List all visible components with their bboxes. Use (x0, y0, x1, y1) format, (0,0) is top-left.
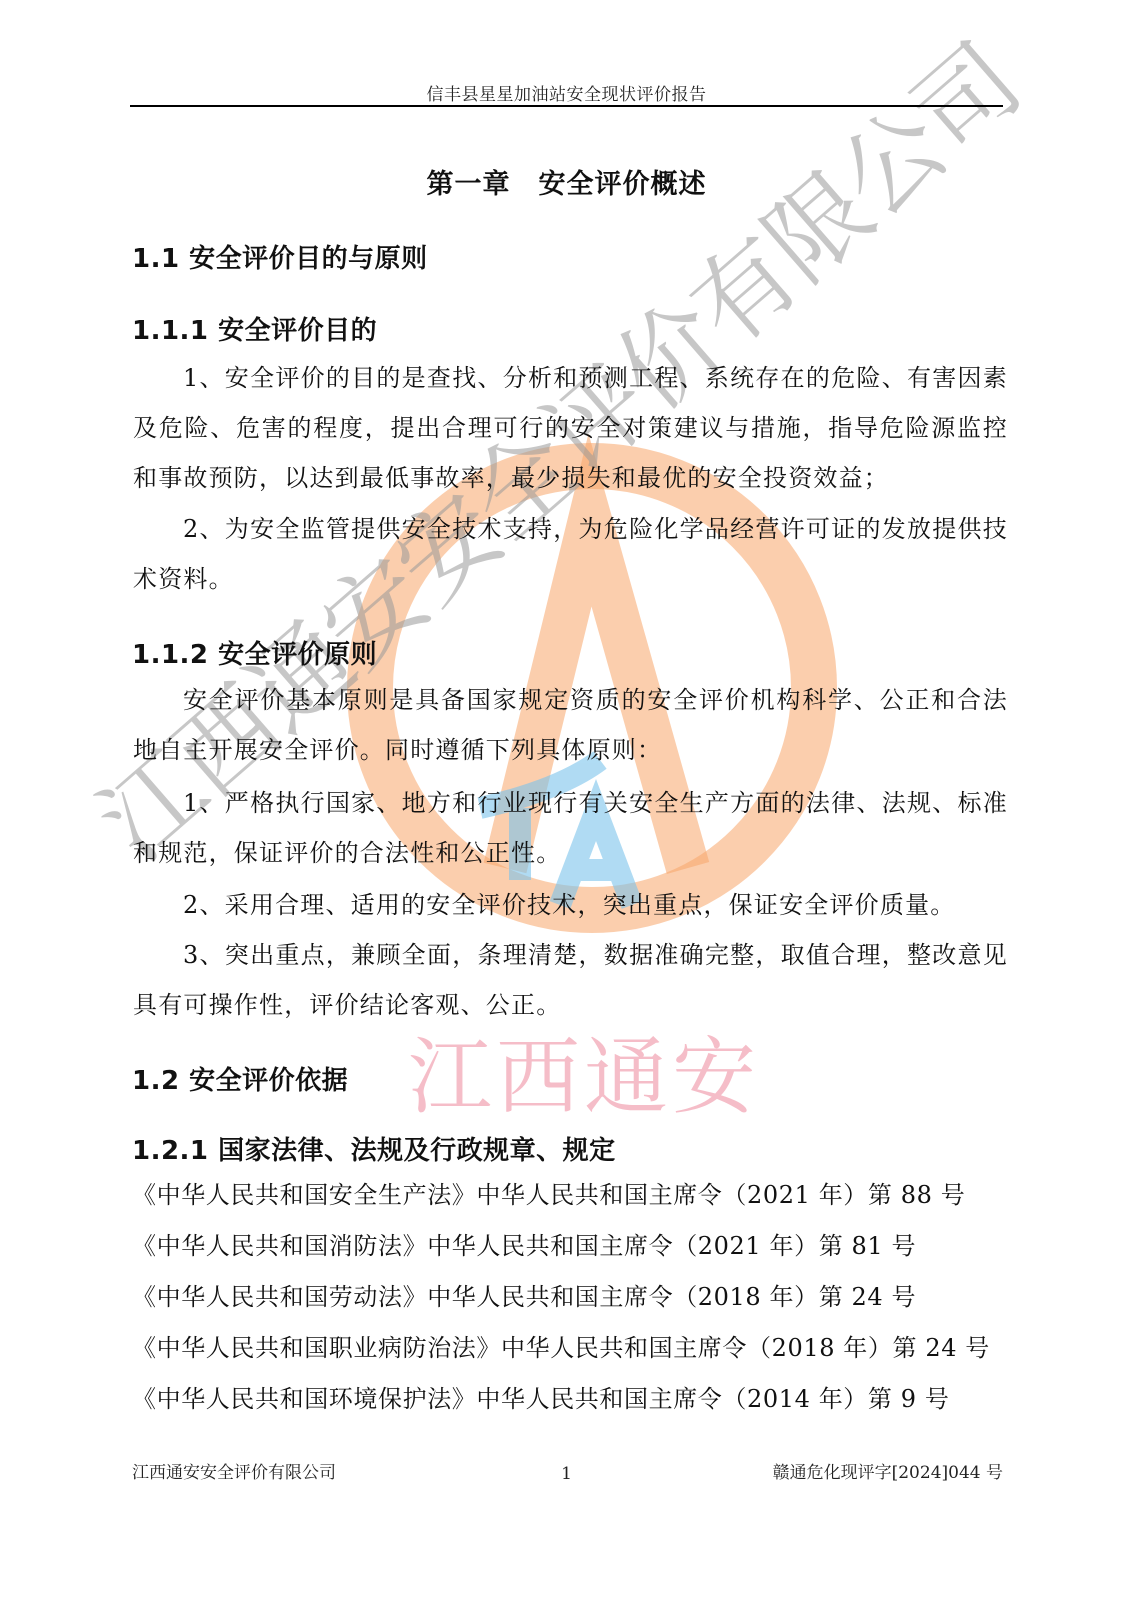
section-heading-1-1: 1.1 安全评价目的与原则 (132, 238, 428, 275)
section-heading-1-2-1: 1.2.1 国家法律、法规及行政规章、规定 (132, 1130, 616, 1167)
principle-intro-paragraph: 安全评价基本原则是具备国家规定资质的安全评价机构科学、公正和合法地自主开展安全评… (133, 675, 1008, 775)
legal-reference-item: 《中华人民共和国消防法》中华人民共和国主席令（2021 年）第 81 号 (132, 1221, 1012, 1272)
legal-reference-list: 《中华人民共和国安全生产法》中华人民共和国主席令（2021 年）第 88 号 《… (132, 1170, 1012, 1425)
page-content: 信丰县星星加油站安全现状评价报告 第一章 安全评价概述 1.1 安全评价目的与原… (0, 0, 1131, 1600)
legal-reference-item: 《中华人民共和国安全生产法》中华人民共和国主席令（2021 年）第 88 号 (132, 1170, 1012, 1221)
chapter-title: 第一章 安全评价概述 (130, 162, 1003, 201)
principle-paragraph-2: 2、采用合理、适用的安全评价技术，突出重点，保证安全评价质量。 (133, 880, 1008, 930)
principle-paragraph-1: 1、严格执行国家、地方和行业现行有关安全生产方面的法律、法规、标准和规范，保证评… (133, 778, 1008, 878)
legal-reference-item: 《中华人民共和国劳动法》中华人民共和国主席令（2018 年）第 24 号 (132, 1272, 1012, 1323)
legal-reference-item: 《中华人民共和国职业病防治法》中华人民共和国主席令（2018 年）第 24 号 (132, 1323, 1012, 1374)
section-heading-1-2: 1.2 安全评价依据 (132, 1060, 348, 1097)
section-heading-1-1-2: 1.1.2 安全评价原则 (132, 634, 377, 671)
purpose-paragraph-2: 2、为安全监管提供安全技术支持，为危险化学品经营许可证的发放提供技术资料。 (133, 504, 1008, 604)
footer-document-number: 赣通危化现评字[2024]044 号 (773, 1458, 1003, 1483)
legal-reference-item: 《中华人民共和国环境保护法》中华人民共和国主席令（2014 年）第 9 号 (132, 1374, 1012, 1425)
page-footer: 江西通安安全评价有限公司 1 赣通危化现评字[2024]044 号 (130, 1458, 1003, 1488)
section-heading-1-1-1: 1.1.1 安全评价目的 (132, 310, 377, 347)
principle-paragraph-3: 3、突出重点，兼顾全面，条理清楚，数据准确完整，取值合理，整改意见具有可操作性，… (133, 930, 1008, 1030)
document-page: 江西通安 江西通安安全评价有限公司 信丰县星星加油站安全现状评价报告 第一章 安… (0, 0, 1131, 1600)
running-header-title: 信丰县星星加油站安全现状评价报告 (130, 80, 1003, 105)
header-divider (130, 105, 1003, 107)
purpose-paragraph-1: 1、安全评价的目的是查找、分析和预测工程、系统存在的危险、有害因素及危险、危害的… (133, 353, 1008, 503)
